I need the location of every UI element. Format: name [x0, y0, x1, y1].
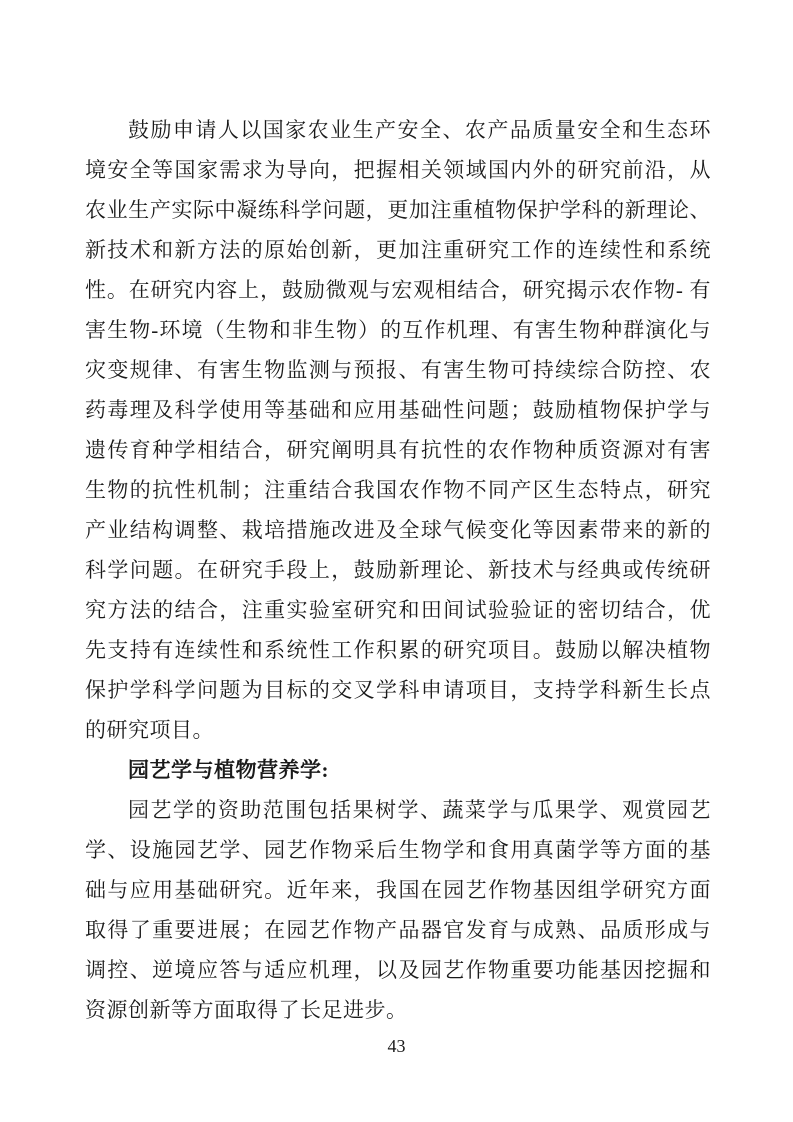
- text-line: 究方法的结合，注重实验室研究和田间试验验证的密切结合，优: [85, 590, 711, 630]
- document-page: 鼓励申请人以国家农业生产安全、农产品质量安全和生态环境安全等国家需求为导向，把握…: [0, 0, 793, 1122]
- text-line: 性。在研究内容上，鼓励微观与宏观相结合，研究揭示农作物- 有: [85, 270, 711, 310]
- text-line: 资源创新等方面取得了长足进步。: [85, 990, 711, 1030]
- text-line: 鼓励申请人以国家农业生产安全、农产品质量安全和生态环: [85, 110, 711, 150]
- text-line: 础与应用基础研究。近年来，我国在园艺作物基因组学研究方面: [85, 870, 711, 910]
- text-line: 园艺学的资助范围包括果树学、蔬菜学与瓜果学、观赏园艺: [85, 790, 711, 830]
- text-line: 害生物-环境（生物和非生物）的互作机理、有害生物种群演化与: [85, 310, 711, 350]
- section-heading: 园艺学与植物营养学:: [85, 750, 711, 790]
- paragraph: 鼓励申请人以国家农业生产安全、农产品质量安全和生态环境安全等国家需求为导向，把握…: [85, 110, 711, 750]
- document-body: 鼓励申请人以国家农业生产安全、农产品质量安全和生态环境安全等国家需求为导向，把握…: [85, 110, 711, 1030]
- text-line: 遗传育种学相结合，研究阐明具有抗性的农作物种质资源对有害: [85, 430, 711, 470]
- text-line: 的研究项目。: [85, 710, 711, 750]
- page-number: 43: [0, 1034, 793, 1058]
- text-line: 产业结构调整、栽培措施改进及全球气候变化等因素带来的新的: [85, 510, 711, 550]
- text-line: 境安全等国家需求为导向，把握相关领域国内外的研究前沿，从: [85, 150, 711, 190]
- text-line: 药毒理及科学使用等基础和应用基础性问题；鼓励植物保护学与: [85, 390, 711, 430]
- text-line: 保护学科学问题为目标的交叉学科申请项目，支持学科新生长点: [85, 670, 711, 710]
- text-line: 学、设施园艺学、园艺作物采后生物学和食用真菌学等方面的基: [85, 830, 711, 870]
- paragraph: 园艺学的资助范围包括果树学、蔬菜学与瓜果学、观赏园艺学、设施园艺学、园艺作物采后…: [85, 790, 711, 1030]
- text-line: 新技术和新方法的原始创新，更加注重研究工作的连续性和系统: [85, 230, 711, 270]
- text-line: 取得了重要进展；在园艺作物产品器官发育与成熟、品质形成与: [85, 910, 711, 950]
- text-line: 园艺学与植物营养学:: [85, 750, 711, 790]
- text-line: 调控、逆境应答与适应机理，以及园艺作物重要功能基因挖掘和: [85, 950, 711, 990]
- text-line: 生物的抗性机制；注重结合我国农作物不同产区生态特点，研究: [85, 470, 711, 510]
- text-line: 先支持有连续性和系统性工作积累的研究项目。鼓励以解决植物: [85, 630, 711, 670]
- text-line: 灾变规律、有害生物监测与预报、有害生物可持续综合防控、农: [85, 350, 711, 390]
- text-line: 农业生产实际中凝练科学问题，更加注重植物保护学科的新理论、: [85, 190, 711, 230]
- text-line: 科学问题。在研究手段上，鼓励新理论、新技术与经典或传统研: [85, 550, 711, 590]
